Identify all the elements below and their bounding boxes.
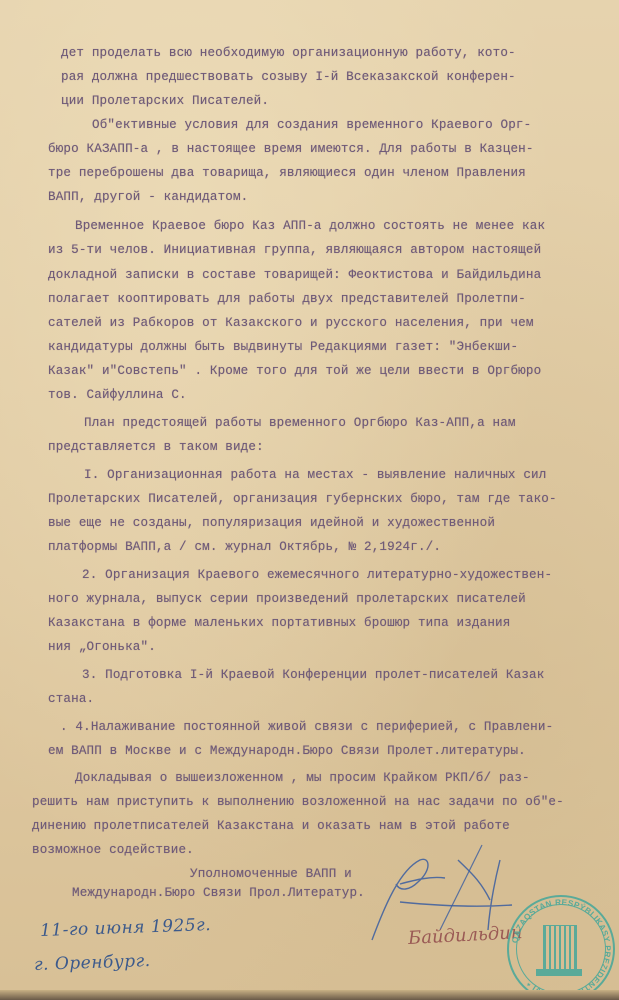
document-page: дет проделать всю необходимую организаци… [0, 0, 619, 1000]
signature-icon [0, 0, 619, 1000]
paper-edge [0, 990, 619, 1000]
svg-text:QAZAQSTAN RESPÝBLIKASY PREZIDE: QAZAQSTAN RESPÝBLIKASY PREZIDENTINIŃ ARH… [510, 898, 612, 1000]
archive-stamp: QAZAQSTAN RESPÝBLIKASY PREZIDENTINIŃ ARH… [507, 895, 615, 1000]
handwritten-place: г. Оренбург. [34, 951, 151, 975]
stamp-text-ring: QAZAQSTAN RESPÝBLIKASY PREZIDENTINIŃ ARH… [509, 897, 613, 1000]
